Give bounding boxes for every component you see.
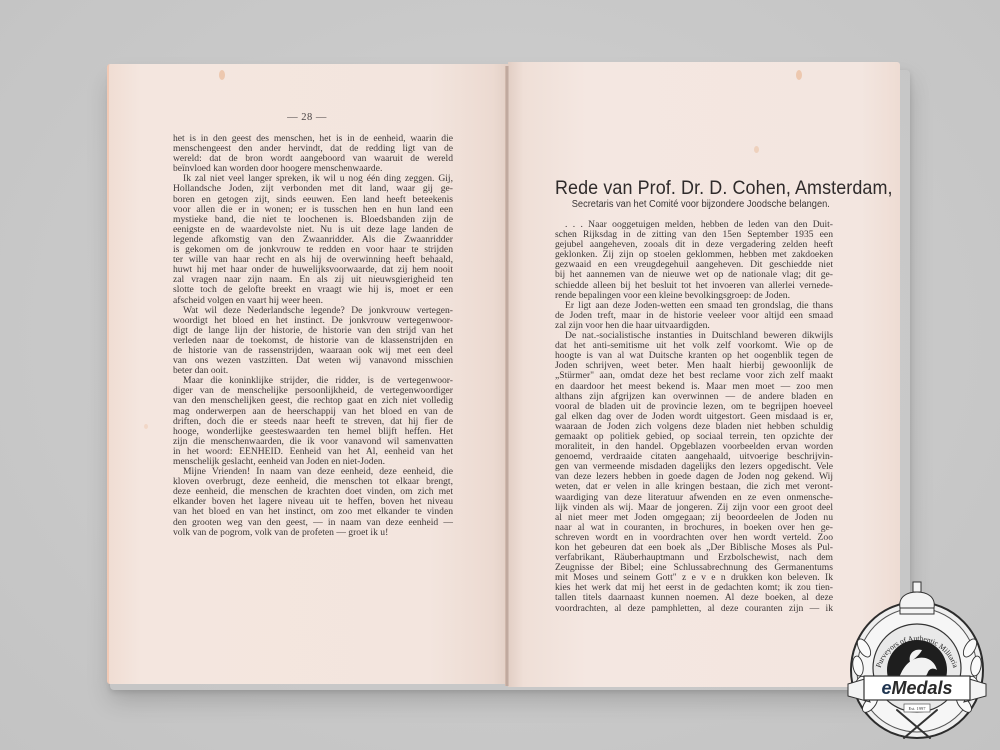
- speech-title: Rede van Prof. Dr. D. Cohen, Amsterdam,: [555, 177, 822, 200]
- watermark-brand-name: Medals: [891, 678, 952, 698]
- paper-stain: [796, 70, 802, 80]
- text-line: voordrachten, al deze pamphletten, al de…: [555, 604, 833, 614]
- text-line: „Stürmer" aan, omdat deze het best recla…: [555, 371, 833, 381]
- page-number: — 28 —: [107, 112, 507, 123]
- text-line: volk van de pogrom, volk van de profeten…: [173, 528, 453, 538]
- svg-text:eMedals: eMedals: [881, 678, 952, 698]
- paper-stain: [754, 146, 759, 153]
- left-page-body-text: het is in den geest des menschen, het is…: [173, 134, 453, 538]
- speech-subtitle: Secretaris van het Comité voor bijzonder…: [572, 199, 820, 210]
- paper-stain: [219, 70, 225, 80]
- watermark-established: Est. 1997: [908, 706, 926, 711]
- booklet-spine: [505, 66, 509, 686]
- right-page-body-text: . . . Naar ooggetuigen melden, hebben de…: [555, 220, 833, 614]
- emedals-badge-icon: Purveyors of Authentic Militaria eMedals…: [842, 578, 992, 743]
- text-line: slotte toch de gelofte breekt en vraagt …: [173, 285, 453, 295]
- paper-stain: [144, 424, 148, 429]
- emedals-watermark-logo: Purveyors of Authentic Militaria eMedals…: [842, 578, 992, 743]
- watermark-brand-e: e: [881, 678, 891, 698]
